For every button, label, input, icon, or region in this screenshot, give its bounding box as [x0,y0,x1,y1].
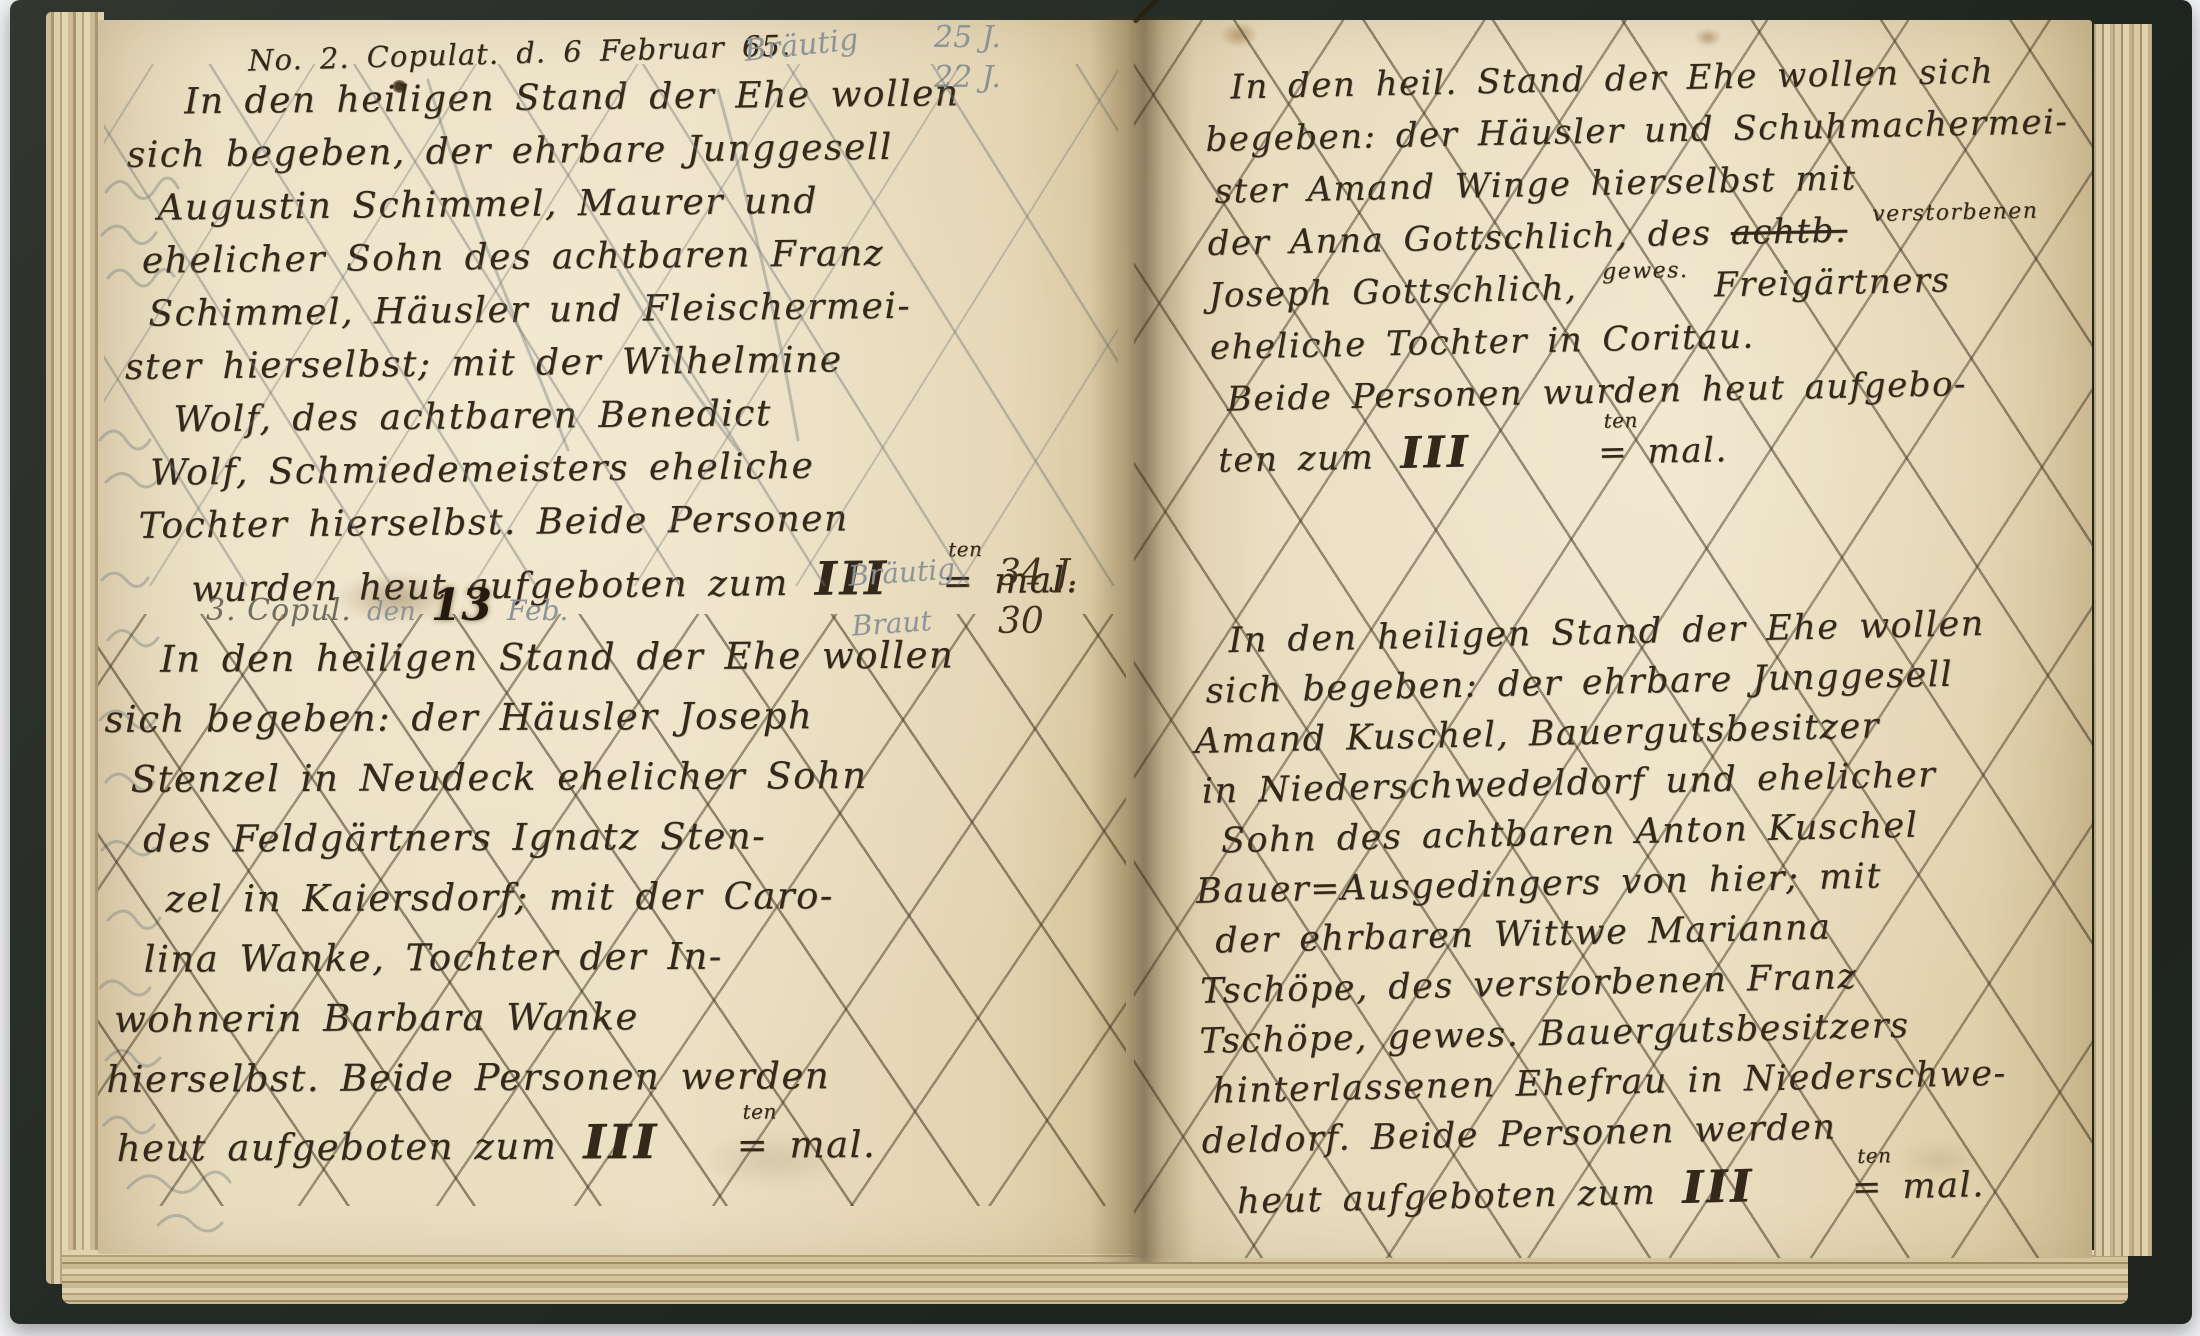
manuscript-line: lina Wanke, Tochter der In- [106,934,957,998]
banns-tail: ten= mal. [1851,1165,1985,1208]
page-edges-left [46,12,104,1284]
groom-age: 25 J. [934,18,1001,58]
banns-ordinal: ten [742,1099,776,1123]
roman-numeral-III: III [1681,1159,1754,1214]
right-entry-bottom: In den heiligen Stand der Ehe wollen sic… [1190,604,2010,1222]
insertion-above-line: verstorbenen [1872,199,2039,227]
roman-numeral-III: III [583,1115,659,1170]
page-edges-right [2094,24,2152,1256]
date-particle: den [367,597,416,627]
entry-no3: In den heiligen Stand der Ehe wollen sic… [104,634,957,1178]
banns-mal: = mal. [1598,430,1728,473]
foxing-stain [1220,22,1258,48]
banns-ordinal: ten [1603,408,1638,433]
page-edges-bottom [62,1250,2128,1304]
line-text: Freigärtners [1714,260,1951,305]
groom-age: 34 J. [998,550,1078,598]
bride-age: 30 [998,598,1078,646]
manuscript-line: zel in Kaiersdorf; mit der Caro- [105,874,956,938]
banns-text: ten zum [1218,438,1375,481]
manuscript-line: In den heiligen Stand der Ehe wollen [104,634,955,698]
line-text: Joseph Gottschlich, [1208,268,1577,316]
left-page: No. 2. Copulat. d. 6 Februar 65. Bräutig… [98,20,1134,1254]
entry-number: 3. Copul. [206,593,352,628]
banns-tail: ten= mal. [1598,430,1728,473]
manuscript-line: sich begeben: der Häusler Joseph [104,694,955,758]
entry-no2-header: No. 2. Copulat. d. 6 Februar 65. [248,28,792,77]
banns-text: heut aufgeboten zum [1237,1173,1657,1222]
insertion-above-line: gewes. [1602,258,1689,285]
banns-tail: ten= mal. [737,1123,877,1167]
age-note-mid: 34 J. 30 [998,550,1078,646]
right-entry-top: In den heil. Stand der Ehe wollen sich b… [1204,50,2076,484]
entry-no3-header: 3. Copul. den 13 Feb. [206,580,568,631]
banns-line: heut aufgeboten zumIIIten= mal. [107,1114,958,1178]
manuscript-line: Stenzel in Neudeck ehelicher Sohn [105,754,956,818]
manuscript-line: des Feldgärtners Ignatz Sten- [105,814,956,878]
roman-numeral-III: III [1400,427,1471,479]
copulation-date-month: Feb. [507,594,568,627]
banns-mal: = mal. [1851,1165,1985,1208]
banns-mal: = mal. [737,1123,877,1167]
struck-word: achtb. [1730,211,1847,253]
foxing-stain [1694,28,1722,47]
copulation-date-day: 13 [431,580,492,631]
entry-no2: In den heiligen Stand der Ehe wollen sic… [120,72,1079,612]
manuscript-line: hierselbst. Beide Personen werden [106,1054,957,1118]
right-page: In den heil. Stand der Ehe wollen sich b… [1134,20,2092,1258]
banns-text: heut aufgeboten zum [117,1125,558,1170]
groom-label: Bräutig [847,544,957,601]
manuscript-line: wohnerin Barbara Wanke [106,994,957,1058]
banns-ordinal: ten [1857,1143,1892,1168]
